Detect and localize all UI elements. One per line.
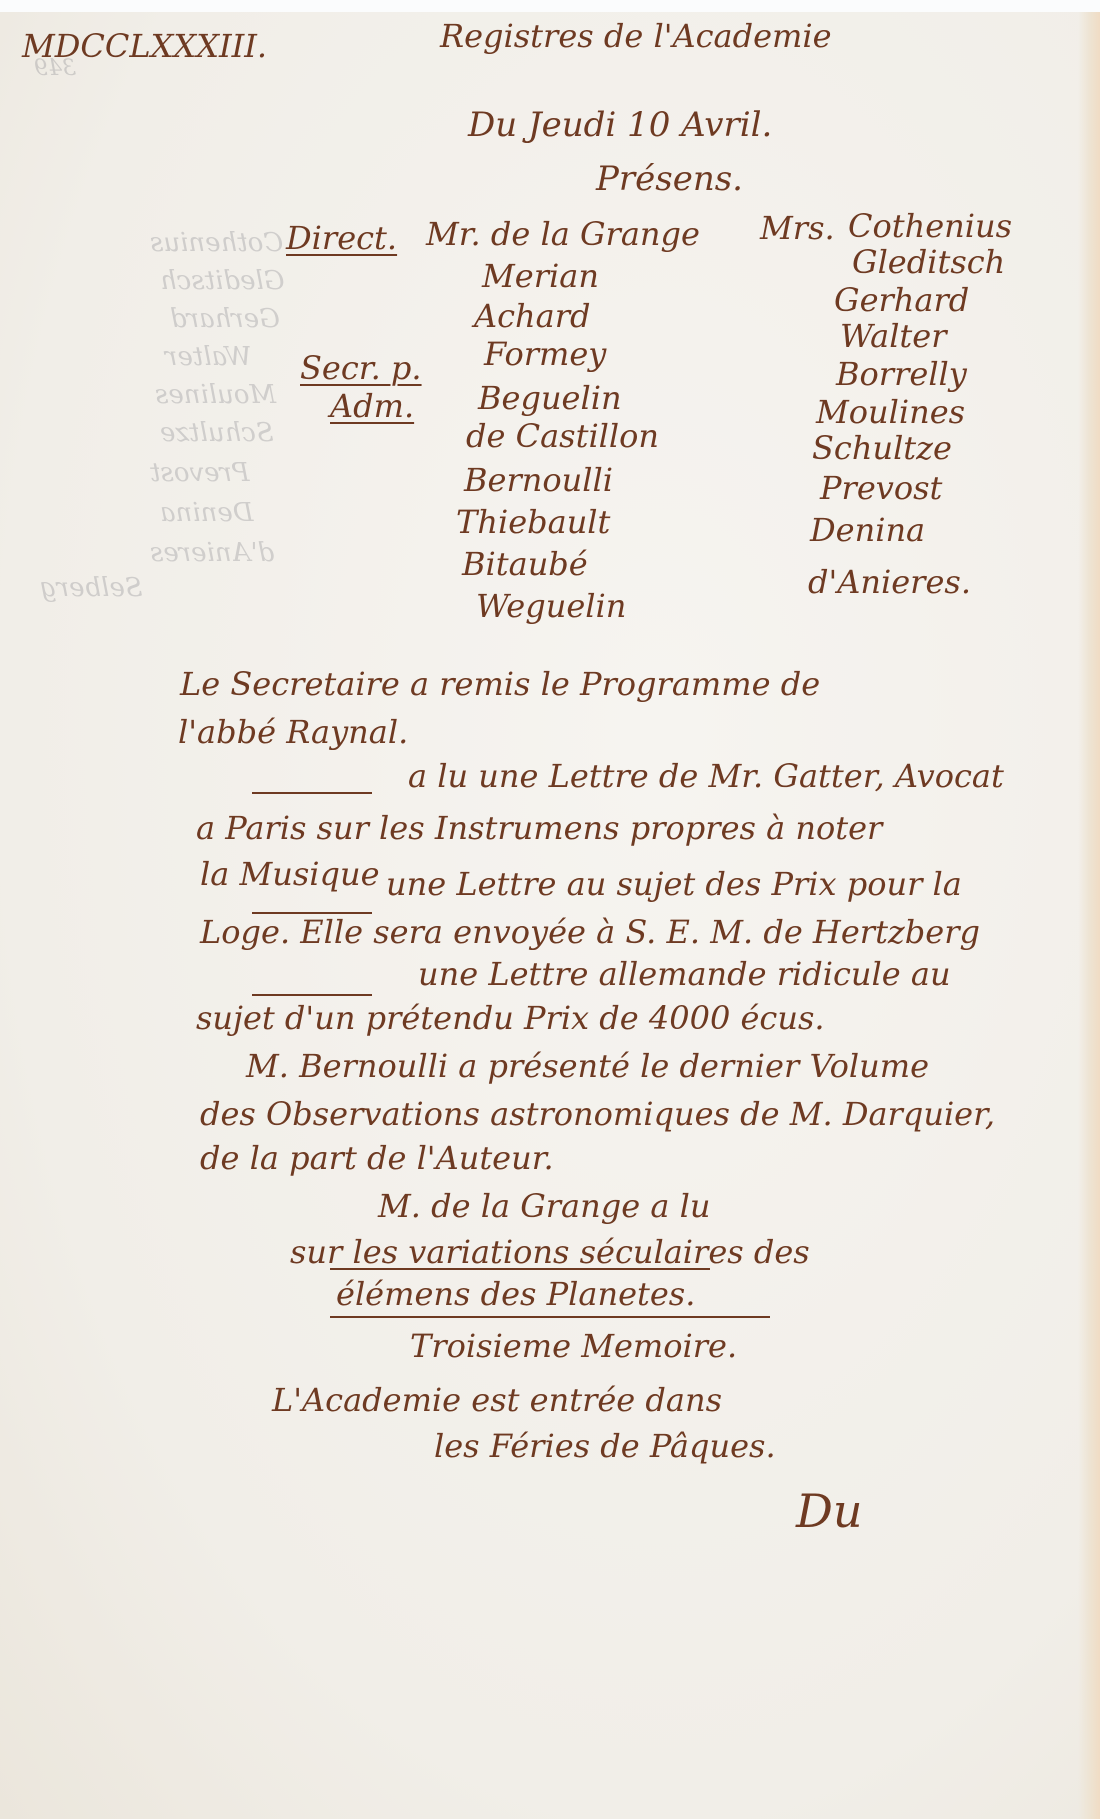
member-name: Bitaubé <box>462 548 588 580</box>
minutes-line: Loge. Elle sera envoyée à S. E. M. de He… <box>200 916 980 948</box>
title-underline <box>330 1316 770 1318</box>
minutes-line: sur les variations séculaires des <box>290 1236 810 1268</box>
member-name: de Castillon <box>466 420 659 452</box>
bleed-name: d'Anieres <box>150 540 274 566</box>
bleed-name: Cothenius <box>150 230 283 256</box>
minutes-line: de la part de l'Auteur. <box>200 1142 554 1174</box>
minutes-line: une Lettre allemande ridicule au <box>418 958 951 990</box>
ditto-dash <box>252 792 372 794</box>
minutes-line: Le Secretaire a remis le Programme de <box>180 668 820 700</box>
minutes-line: M. de la Grange a lu <box>378 1190 710 1222</box>
member-name: Gerhard <box>834 284 969 316</box>
title-underline <box>330 1268 710 1270</box>
member-name: Merian <box>482 260 599 292</box>
page-edge-shadow <box>1078 12 1100 1819</box>
year-roman-numeral: MDCCLXXXIII. <box>22 30 267 62</box>
members-prefix: Mrs. <box>760 212 835 244</box>
minutes-line: Troisieme Memoire. <box>410 1330 737 1362</box>
minutes-line: L'Academie est entrée dans <box>272 1384 722 1416</box>
minutes-line: des Observations astronomiques de M. Dar… <box>200 1098 995 1130</box>
minutes-line: sujet d'un prétendu Prix de 4000 écus. <box>196 1002 825 1034</box>
member-name: Borrelly <box>836 358 967 390</box>
bleed-name: Walter <box>165 344 252 370</box>
member-name: Beguelin <box>478 382 622 414</box>
director-name: Mr. de la Grange <box>426 218 700 250</box>
present-heading: Présens. <box>596 162 743 196</box>
minutes-line: les Féries de Pâques. <box>434 1430 776 1462</box>
ditto-dash <box>252 994 372 996</box>
bleed-name: Moulines <box>155 382 276 408</box>
minutes-line: une Lettre au sujet des Prix pour la <box>386 868 962 900</box>
member-name: Schultze <box>812 432 952 464</box>
bleed-name: Gerhard <box>170 306 280 332</box>
bleed-name: Prevost <box>150 460 249 486</box>
member-name: Bernoulli <box>464 464 613 496</box>
minutes-line: l'abbé Raynal. <box>178 716 408 748</box>
minutes-line: a Paris sur les Instrumens propres à not… <box>196 812 882 844</box>
signature: Du <box>796 1488 863 1534</box>
bleed-name: Denina <box>160 500 254 526</box>
minutes-line: élémens des Planetes. <box>336 1278 695 1310</box>
minutes-line: a lu une Lettre de Mr. Gatter, Avocat <box>408 760 1004 792</box>
meeting-date: Du Jeudi 10 Avril. <box>468 108 772 142</box>
member-name: Denina <box>810 514 925 546</box>
member-name: Achard <box>474 300 591 332</box>
member-name: Gleditsch <box>852 246 1005 278</box>
member-name: Weguelin <box>476 590 626 622</box>
minutes-line: la Musique <box>200 858 380 890</box>
bleed-name: Selberg <box>40 575 143 601</box>
member-name: d'Anieres. <box>808 566 971 598</box>
member-name: Prevost <box>820 472 942 504</box>
member-name: Walter <box>840 320 947 352</box>
role-secretary: Secr. p. <box>300 352 422 384</box>
bleed-name: Gleditsch <box>160 268 285 294</box>
member-name: Thiebault <box>456 506 610 538</box>
member-name: Moulines <box>816 396 965 428</box>
bleed-name: Schultze <box>160 420 274 446</box>
member-name: Formey <box>484 338 606 370</box>
member-name: Cothenius <box>848 210 1012 242</box>
role-director: Direct. <box>286 222 397 254</box>
role-admin: Adm. <box>330 390 414 422</box>
minutes-line: M. Bernoulli a présenté le dernier Volum… <box>246 1050 929 1082</box>
register-title: Registres de l'Academie <box>440 20 832 52</box>
